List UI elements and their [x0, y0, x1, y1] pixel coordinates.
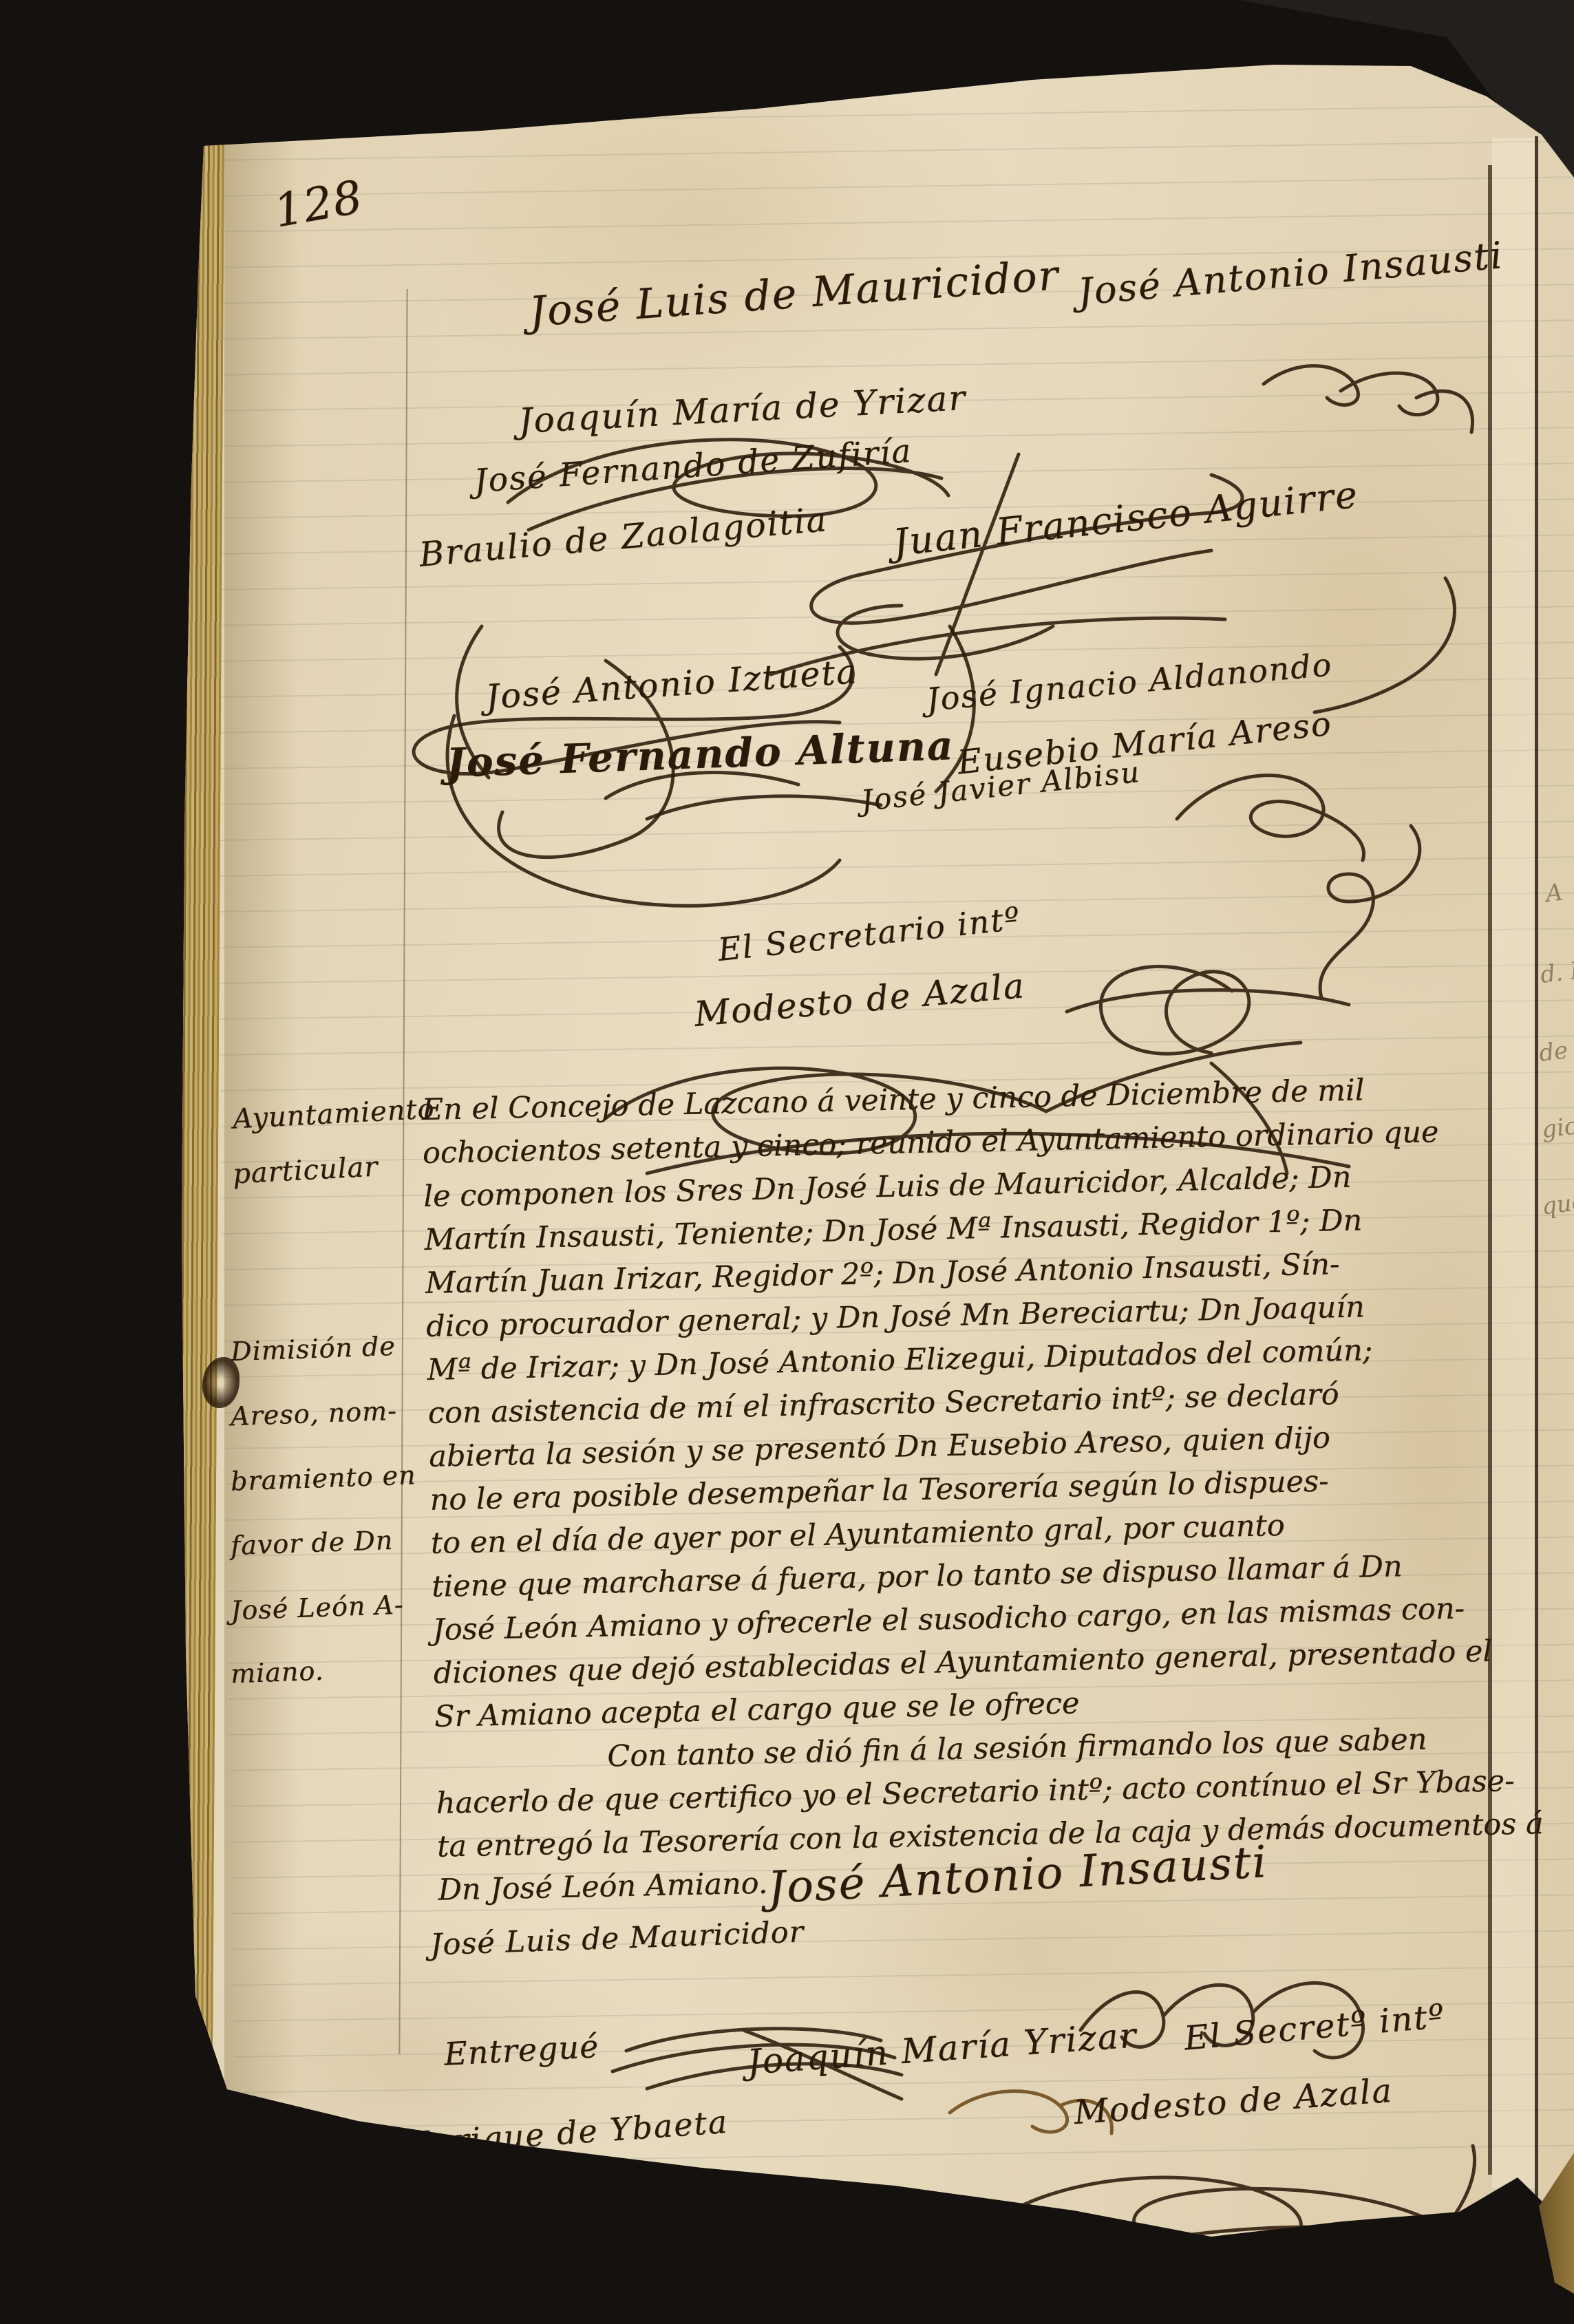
manuscript-page: 128 José Luis de Mauricidor José Antonio…: [0, 0, 1574, 2324]
rubric-flourish: [372, 2146, 743, 2283]
margin-note-dimission-3: bramiento en: [230, 1460, 416, 1496]
rubric-flourish: [1258, 343, 1485, 446]
page-scan: 128 José Luis de Mauricidor José Antonio…: [0, 0, 1574, 2324]
rubric-flourish: [1308, 571, 1473, 723]
margin-note-dimission-4: favor de Dn: [230, 1525, 394, 1561]
margin-note-dimission-2: Areso, nom-: [230, 1396, 397, 1431]
act-body-text: En el Concejo de Lazcano á veinte y cinc…: [421, 1066, 1522, 1912]
ghost-text-fragment: que: [1540, 1188, 1574, 1220]
ghost-text-fragment: A: [1544, 879, 1564, 908]
ghost-text-fragment: gica: [1540, 1111, 1574, 1144]
margin-note-dimission-1: Dimisión de: [230, 1331, 396, 1367]
margin-note-dimission-5: José León A-: [230, 1590, 404, 1626]
page-edge-line: [1535, 136, 1538, 2197]
rubric-flourish: [991, 2139, 1487, 2283]
margin-note-dimission-6: miano.: [230, 1656, 324, 1689]
